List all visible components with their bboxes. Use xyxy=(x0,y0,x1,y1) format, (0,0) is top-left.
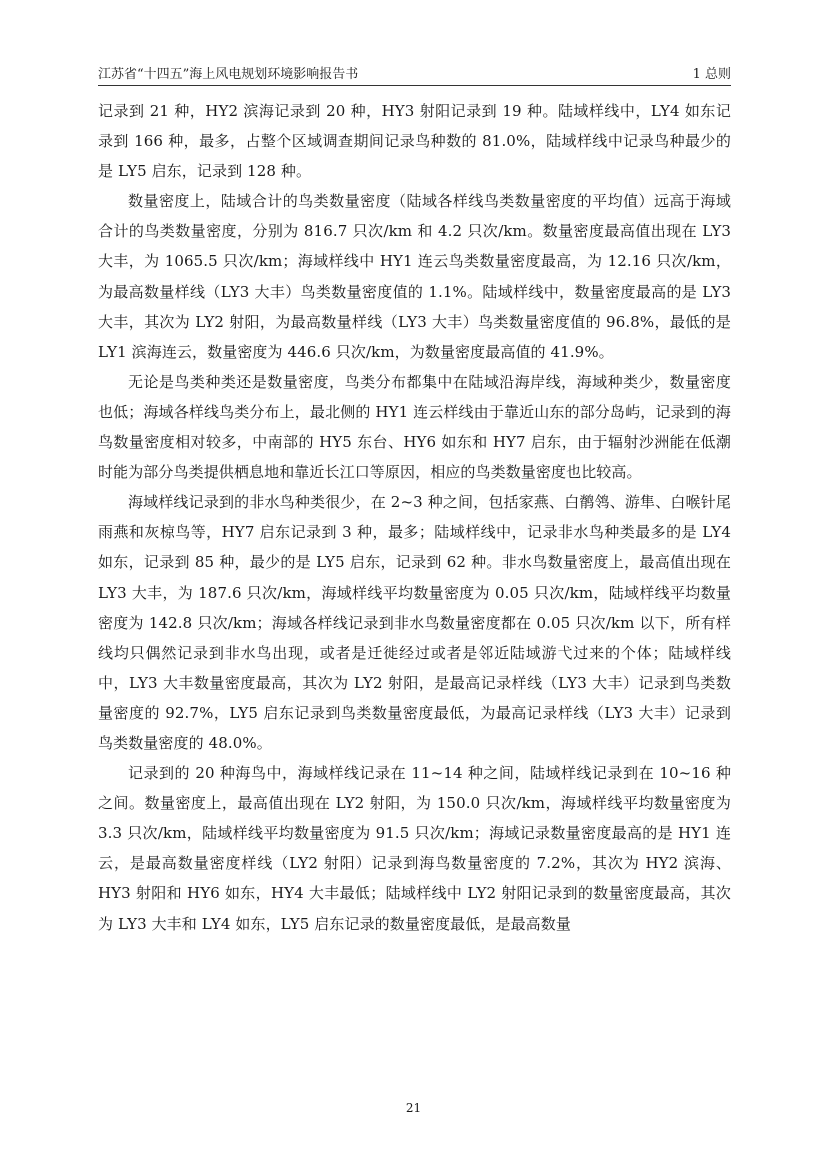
document-title: 江苏省“十四五”海上风电规划环境影响报告书 xyxy=(98,63,358,82)
section-label: 1 总则 xyxy=(693,63,731,82)
page-header: 江苏省“十四五”海上风电规划环境影响报告书 1 总则 xyxy=(98,60,731,86)
paragraph-non-waterbirds: 海域样线记录到的非水鸟种类很少，在 2~3 种之间，包括家燕、白鹡鸰、游隼、白喉… xyxy=(98,487,731,758)
body-text: 记录到 21 种，HY2 滨海记录到 20 种，HY3 射阳记录到 19 种。陆… xyxy=(98,96,731,939)
paragraph-distribution: 无论是鸟类种类还是数量密度，鸟类分布都集中在陆域沿海岸线，海域种类少，数量密度也… xyxy=(98,367,731,487)
page-number: 21 xyxy=(406,1101,421,1115)
paragraph-density-overview: 数量密度上，陆域合计的鸟类数量密度（陆域各样线鸟类数量密度的平均值）远高于海域合… xyxy=(98,186,731,367)
page-footer: 21 xyxy=(0,1101,827,1115)
paragraph-seabirds: 记录到的 20 种海鸟中，海域样线记录在 11~14 种之间，陆域样线记录到在 … xyxy=(98,758,731,939)
paragraph-continued: 记录到 21 种，HY2 滨海记录到 20 种，HY3 射阳记录到 19 种。陆… xyxy=(98,96,731,186)
